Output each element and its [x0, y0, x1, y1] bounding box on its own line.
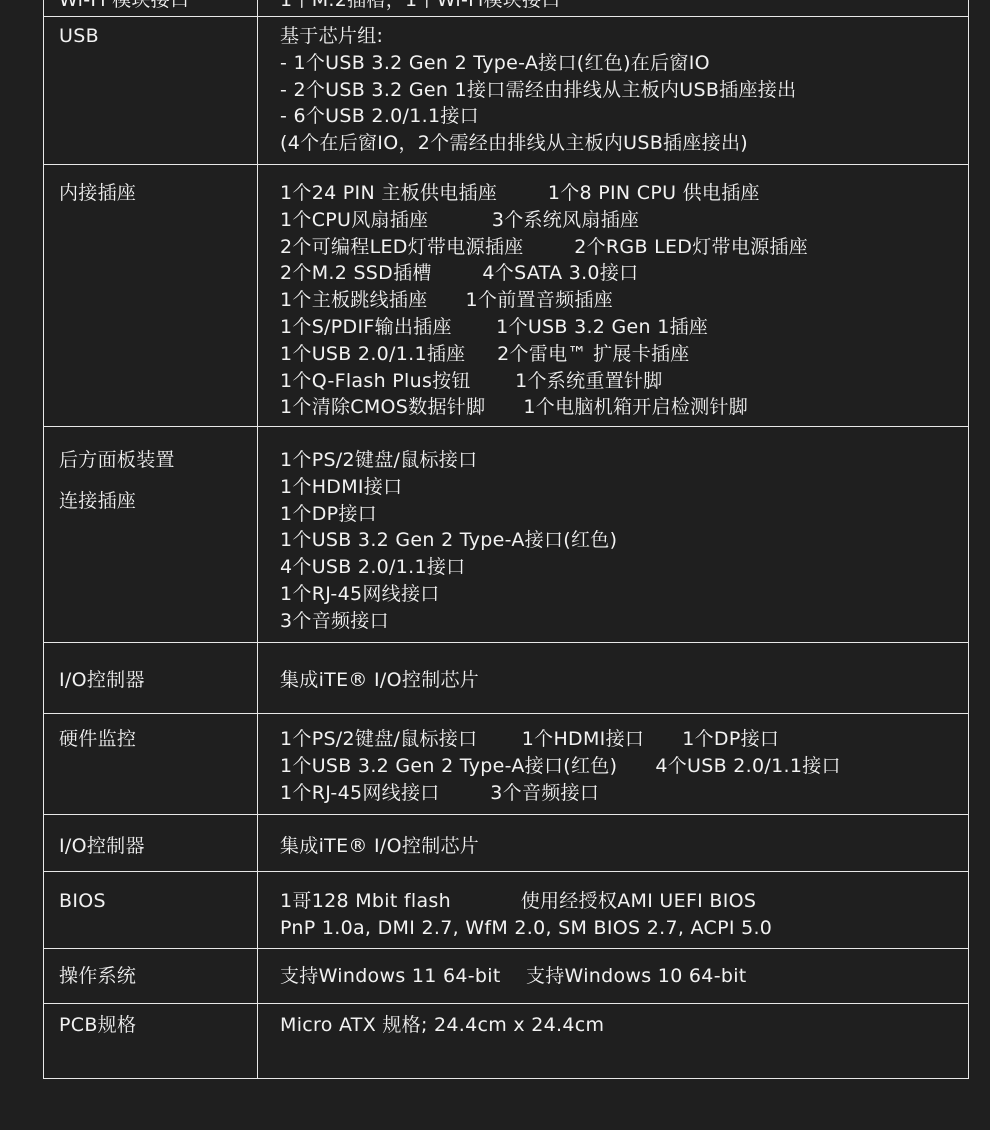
spec-value-line: Micro ATX 规格; 24.4cm x 24.4cm: [280, 1012, 968, 1039]
spec-value-line: PnP 1.0a, DMI 2.7, WfM 2.0, SM BIOS 2.7,…: [280, 915, 968, 942]
spec-value-line: 1个清除CMOS数据针脚 1个电脑机箱开启检测针脚: [280, 394, 968, 421]
spec-value-line: 支持Windows 11 64-bit 支持Windows 10 64-bit: [280, 963, 968, 990]
spec-value-line: 1个M.2插槽，1个Wi-Fi模块接口: [280, 0, 968, 14]
spec-value-cell: Micro ATX 规格; 24.4cm x 24.4cm: [258, 1004, 969, 1079]
spec-label: PCB规格: [59, 1012, 257, 1039]
spec-label: 连接插座: [59, 488, 257, 515]
spec-value-cell: 1个PS/2键盘/鼠标接口 1个HDMI接口 1个DP接口 1个USB 3.2 …: [258, 714, 969, 815]
spec-value-line: 1个DP接口: [280, 501, 968, 528]
spec-value-line: 1个PS/2键盘/鼠标接口 1个HDMI接口 1个DP接口: [280, 726, 968, 753]
spec-label-cell: USB: [44, 17, 258, 165]
spec-value-line: 4个USB 2.0/1.1接口: [280, 554, 968, 581]
spec-value-line: 1个USB 2.0/1.1插座 2个雷电™ 扩展卡插座: [280, 341, 968, 368]
spec-label-cell: BIOS: [44, 872, 258, 949]
spec-label: BIOS: [59, 888, 257, 915]
spec-row-wifi: Wi-Fi 模块接口 1个M.2插槽，1个Wi-Fi模块接口: [44, 0, 969, 17]
spec-value-line: 集成iTE® I/O控制芯片: [280, 667, 968, 694]
spec-row-bios: BIOS 1哥128 Mbit flash 使用经授权AMI UEFI BIOS…: [44, 872, 969, 949]
spec-row-io-controller: I/O控制器 集成iTE® I/O控制芯片: [44, 643, 969, 714]
spec-label: 硬件监控: [59, 726, 257, 753]
spec-value-line: 1个RJ-45网线接口: [280, 581, 968, 608]
spec-value-cell: 集成iTE® I/O控制芯片: [258, 643, 969, 714]
spec-value-line: (4个在后窗IO，2个需经由排线从主板内USB插座接出): [280, 130, 968, 157]
spec-value-line: 1个USB 3.2 Gen 2 Type-A接口(红色): [280, 527, 968, 554]
spec-label: 后方面板装置: [59, 447, 257, 474]
spec-value-line: 2个可编程LED灯带电源插座 2个RGB LED灯带电源插座: [280, 234, 968, 261]
spec-row-internal-connectors: 内接插座 1个24 PIN 主板供电插座 1个8 PIN CPU 供电插座 1个…: [44, 165, 969, 427]
spec-label-cell: 后方面板装置 连接插座: [44, 427, 258, 643]
spec-value-line: 2个M.2 SSD插槽 4个SATA 3.0接口: [280, 260, 968, 287]
spec-label-cell: 内接插座: [44, 165, 258, 427]
spec-value-line: 1个HDMI接口: [280, 474, 968, 501]
spec-label: 内接插座: [59, 180, 257, 207]
spec-value-line: 1个RJ-45网线接口 3个音频接口: [280, 780, 968, 807]
spec-value-line: 1个USB 3.2 Gen 2 Type-A接口(红色) 4个USB 2.0/1…: [280, 753, 968, 780]
spec-value-cell: 支持Windows 11 64-bit 支持Windows 10 64-bit: [258, 949, 969, 1004]
spec-value-line: 1个24 PIN 主板供电插座 1个8 PIN CPU 供电插座: [280, 180, 968, 207]
spec-value-line: 1个Q-Flash Plus按钮 1个系统重置针脚: [280, 368, 968, 395]
spec-row-os: 操作系统 支持Windows 11 64-bit 支持Windows 10 64…: [44, 949, 969, 1004]
spec-label-cell: I/O控制器: [44, 643, 258, 714]
spec-value-line: 1哥128 Mbit flash 使用经授权AMI UEFI BIOS: [280, 888, 968, 915]
spec-value-line: 1个CPU风扇插座 3个系统风扇插座: [280, 207, 968, 234]
spec-label-cell: I/O控制器: [44, 815, 258, 872]
spec-value-line: 基于芯片组:: [280, 23, 968, 50]
spec-value-cell: 1个PS/2键盘/鼠标接口 1个HDMI接口 1个DP接口 1个USB 3.2 …: [258, 427, 969, 643]
spec-value-line: - 6个USB 2.0/1.1接口: [280, 103, 968, 130]
spec-label-cell: Wi-Fi 模块接口: [44, 0, 258, 17]
spec-value-cell: 基于芯片组: - 1个USB 3.2 Gen 2 Type-A接口(红色)在后窗…: [258, 17, 969, 165]
spec-value-cell: 集成iTE® I/O控制芯片: [258, 815, 969, 872]
spec-label: Wi-Fi 模块接口: [59, 0, 257, 14]
spec-label: I/O控制器: [59, 833, 257, 860]
spec-value-line: 集成iTE® I/O控制芯片: [280, 833, 968, 860]
spec-value-line: - 2个USB 3.2 Gen 1接口需经由排线从主板内USB插座接出: [280, 77, 968, 104]
spec-row-io-controller-2: I/O控制器 集成iTE® I/O控制芯片: [44, 815, 969, 872]
spec-value-line: - 1个USB 3.2 Gen 2 Type-A接口(红色)在后窗IO: [280, 50, 968, 77]
spec-row-hardware-monitor: 硬件监控 1个PS/2键盘/鼠标接口 1个HDMI接口 1个DP接口 1个USB…: [44, 714, 969, 815]
spec-value-line: 1个PS/2键盘/鼠标接口: [280, 447, 968, 474]
spec-label: 操作系统: [59, 963, 257, 990]
spec-label-cell: PCB规格: [44, 1004, 258, 1079]
spec-row-back-panel: 后方面板装置 连接插座 1个PS/2键盘/鼠标接口 1个HDMI接口 1个DP接…: [44, 427, 969, 643]
spec-table: Wi-Fi 模块接口 1个M.2插槽，1个Wi-Fi模块接口 USB 基于芯片组…: [43, 0, 969, 1079]
spec-row-usb: USB 基于芯片组: - 1个USB 3.2 Gen 2 Type-A接口(红色…: [44, 17, 969, 165]
spec-label-cell: 硬件监控: [44, 714, 258, 815]
spec-value-cell: 1个24 PIN 主板供电插座 1个8 PIN CPU 供电插座 1个CPU风扇…: [258, 165, 969, 427]
spec-value-line: 1个S/PDIF输出插座 1个USB 3.2 Gen 1插座: [280, 314, 968, 341]
spec-label: USB: [59, 23, 257, 50]
spec-value-cell: 1哥128 Mbit flash 使用经授权AMI UEFI BIOS PnP …: [258, 872, 969, 949]
spec-value-cell: 1个M.2插槽，1个Wi-Fi模块接口: [258, 0, 969, 17]
spec-row-pcb: PCB规格 Micro ATX 规格; 24.4cm x 24.4cm: [44, 1004, 969, 1079]
spec-value-line: 1个主板跳线插座 1个前置音频插座: [280, 287, 968, 314]
spec-value-line: 3个音频接口: [280, 608, 968, 635]
spec-label: I/O控制器: [59, 667, 257, 694]
spec-label-cell: 操作系统: [44, 949, 258, 1004]
